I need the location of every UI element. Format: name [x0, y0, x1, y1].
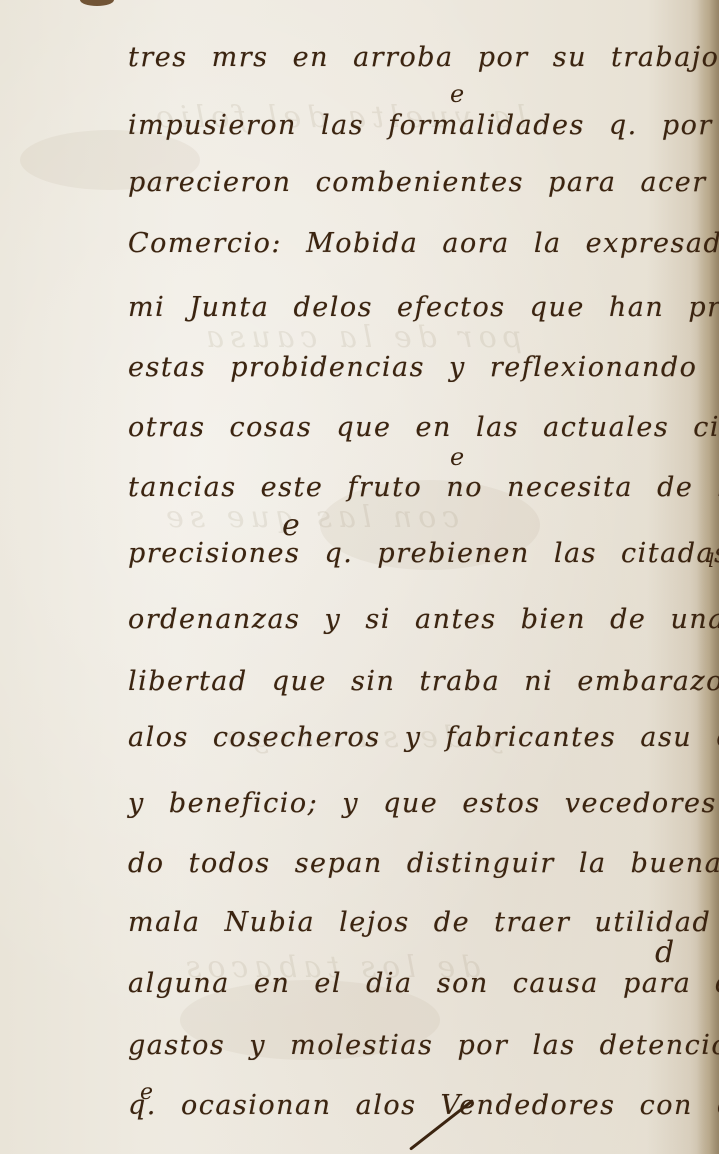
- text-line-8: tancias este fruto no necesita de las: [128, 472, 691, 503]
- text-line-15: mala Nubia lejos de traer utilidad: [128, 907, 691, 938]
- text-line-17: gastos y molestias por las detenciones: [128, 1030, 691, 1061]
- text-line-9: precisiones q. prebienen las citadas: [128, 538, 691, 569]
- text-line-14: do todos sepan distinguir la buena dela: [128, 848, 691, 879]
- text-line-4: Comercio: Mobida aora la expresada: [128, 228, 691, 259]
- text-line-7: otras cosas que en las actuales circuns-: [128, 412, 691, 443]
- text-line-3: parecieron combenientes para acer este: [128, 167, 691, 198]
- superscript-e: e: [450, 443, 464, 471]
- text-line-1: tres mrs en arroba por su trabajo, y se: [128, 42, 691, 73]
- superscript-e: e: [450, 80, 464, 108]
- text-line-18: q. ocasionan alos Vendedores con otros: [128, 1090, 691, 1121]
- text-line-16: alguna en el dia son causa para duplicad: [128, 968, 691, 999]
- text-line-10: ordenanzas y si antes bien de una Justa: [128, 604, 691, 635]
- text-line-5: mi Junta delos efectos que han producido: [128, 292, 691, 323]
- ink-bleed-through: por de la causa: [200, 320, 522, 355]
- text-line-2: impusieron las formalidades q. por enton…: [128, 110, 691, 141]
- text-line-13: y beneficio; y que estos vecedores aun q…: [128, 788, 691, 819]
- text-line-11: libertad que sin traba ni embarazo excit…: [128, 666, 691, 697]
- text-line-12: alos cosecheros y fabricantes asu cultib…: [128, 722, 691, 753]
- superscript-d: d: [655, 935, 674, 970]
- ink-blot: [80, 0, 114, 6]
- text-line-6: estas probidencias y reflexionando entre: [128, 352, 691, 383]
- margin-mark: l: [708, 548, 714, 572]
- ink-bleed-through: con las que se: [160, 500, 459, 535]
- manuscript-page: la vuelta del folio por de la causa con …: [0, 0, 719, 1154]
